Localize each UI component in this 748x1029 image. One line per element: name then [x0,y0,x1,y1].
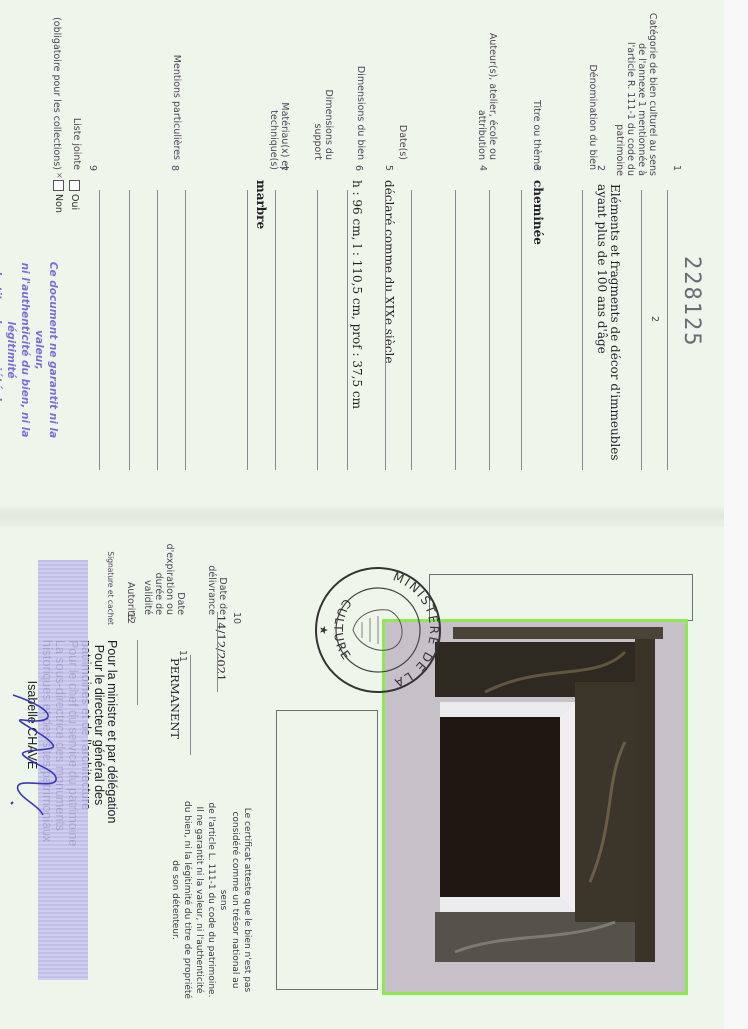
field-3-line [521,190,522,470]
field-5-line-2 [385,190,386,470]
field-10-line [217,612,218,692]
cert-line-6: de son détenteur. [169,800,181,1000]
field-8-line-3 [129,190,130,470]
field-1-label: Catégorie de bien culturel au sens de l'… [614,6,658,176]
field-9-option-oui[interactable]: Oui [69,180,80,210]
cert-line-5: du bien, ni la légitimité du titre de pr… [181,800,193,1000]
field-9-number: 9 [87,165,98,171]
field-3-label: Titre ou thème [531,40,542,170]
field-7-label: Matériau(x) et technique(s) [268,40,290,170]
field-10-label: Date de délivrance [206,540,228,615]
notice-line-2: ni l'authenticité du bien, ni la légitim… [4,245,32,455]
field-5-label: Date(s) [397,100,408,160]
field-7-line-2 [247,190,248,470]
field-1-ref: 2 [649,316,660,322]
field-4-label: Auteur(s), atelier, école ou attribution [476,30,498,160]
field-support-line [317,190,318,470]
empty-box-top [429,574,693,621]
field-4-number: 4 [477,165,488,171]
field-3-number: 3 [531,165,542,171]
field-7-line [275,190,276,470]
field-5-number: 5 [383,165,394,171]
cert-line-1: Le certificat atteste que le bien n'est … [241,800,253,1000]
field-11-label: Date d'expiration ou durée de validité [142,540,186,615]
stamp-text-top: MINISTERE DE LA [391,569,441,690]
field-1-line [667,190,668,470]
svg-text:MINISTERE DE LA: MINISTERE DE LA [391,569,441,690]
field-12-line [137,640,138,705]
field-9-option-non[interactable]: Non [53,180,64,213]
field-8-number: 8 [169,165,180,171]
field-4-line-2 [455,190,456,470]
field-9-label: Liste jointe [71,60,82,170]
svg-text:CULTURE: CULTURE [331,596,354,663]
notice-line-3: du titre de propriété de son détenteur [0,245,4,455]
field-1-number: 1 [671,165,682,171]
field-9-sublabel: (obligatoire pour les collections) [51,6,62,170]
disclaimer-notice: Ce document ne garantit ni la valeur, ni… [0,245,60,455]
field-12-sublabel: Signature et cachet [105,540,116,625]
field-6-value: h : 96 cm, l : 110,5 cm, prof : 37,5 cm [350,180,364,409]
field-8-label: Mentions particulières [171,40,182,160]
empty-box-bottom [276,710,378,990]
non-mark: × [55,172,64,179]
field-8-line-4 [99,190,100,470]
cert-line-4: Il ne garantit ni la valeur, ni l'authen… [193,800,205,1000]
field-1-line-2 [641,190,642,470]
serial-number: 228125 [679,256,704,347]
handwritten-signature [0,690,68,830]
checkbox-non[interactable] [53,180,64,191]
field-2-label: Dénomination du bien [587,20,598,170]
cert-line-2: considéré comme un trésor national au se… [217,800,241,1000]
certificate-document: 228125 Catégorie de bien culturel au sen… [0,0,748,1029]
field-7-value: marbre [254,180,268,229]
field-8-line-2 [157,190,158,470]
field-4-line [489,190,490,470]
expiry-value: PERMANENT [168,658,182,739]
field-6-label: Dimensions du bien [355,60,366,160]
field-6-number: 6 [353,165,364,171]
field-1-label-text: Catégorie de bien culturel au sens de l'… [614,13,658,176]
sign-line-2: Pour le directeur général des [92,640,105,810]
field-support-label: Dimensions du support [312,60,334,160]
page-fold [0,505,724,527]
field-1-value: Eléments et fragments de décor d'immeubl… [595,184,621,474]
checkbox-oui[interactable] [69,180,80,191]
field-3-value: cheminée [531,180,545,245]
field-6-line [347,190,348,470]
scanner-margin [724,0,748,1029]
field-5-line [411,190,412,470]
field-2-line [582,190,583,470]
option-non-label: Non [53,194,64,213]
field-7-number: 7 [277,165,288,171]
option-oui-label: Oui [69,194,80,210]
field-10-number: 10 [231,612,242,624]
field-12-number: 12 [125,612,136,624]
marianne-emblem-icon [353,610,402,651]
certificate-statement: Le certificat atteste que le bien n'est … [169,800,253,1000]
field-2-number: 2 [595,165,606,171]
ministry-stamp: MINISTERE DE LA CULTURE ★ [308,560,448,700]
stamp-star-icon: ★ [317,625,330,635]
stamp-text-bottom: CULTURE [331,596,354,663]
field-8-line [185,190,186,470]
cert-line-3: de l'article L. 111-1 du code du patrimo… [205,800,217,1000]
notice-line-1: Ce document ne garantit ni la valeur, [32,245,60,455]
sign-line-1: Pour la ministre et par délégation [105,640,118,810]
field-11-line [190,655,191,755]
